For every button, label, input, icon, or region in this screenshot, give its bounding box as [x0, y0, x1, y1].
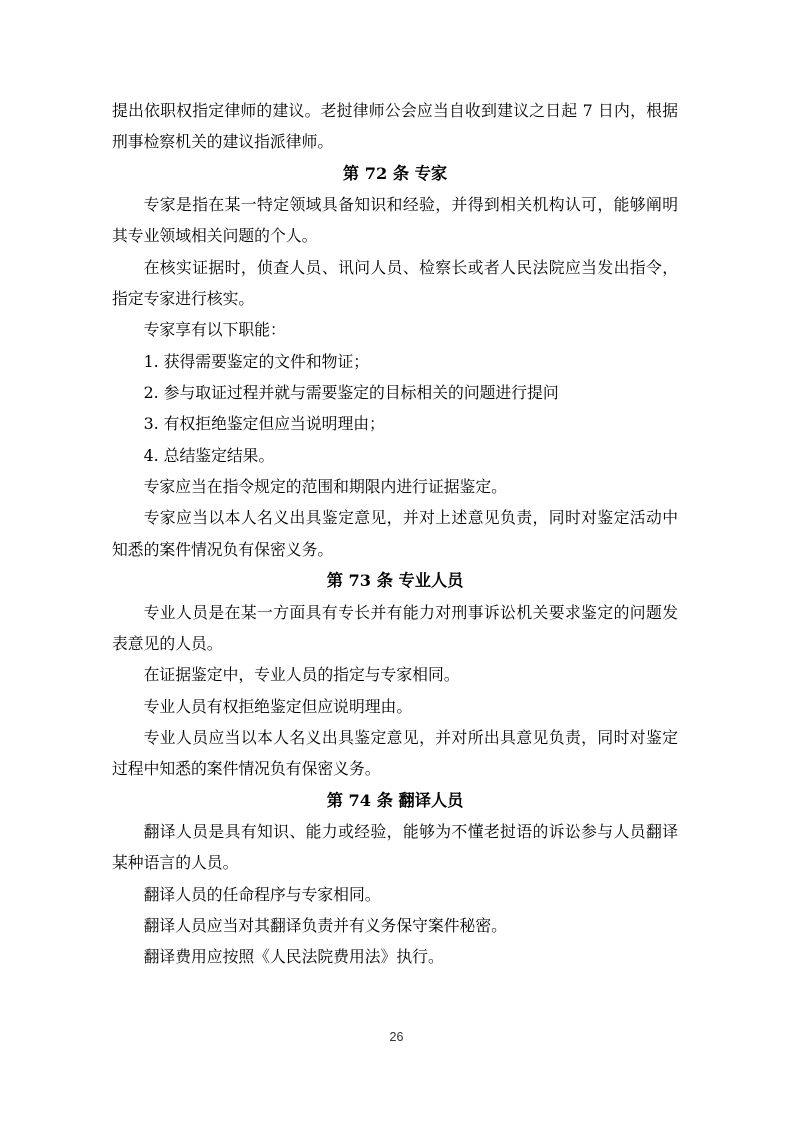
paragraph: 翻译人员应当对其翻译负责并有义务保守案件秘密。: [112, 910, 678, 941]
paragraph: 专家享有以下职能：: [112, 314, 678, 345]
list-item: 4. 总结鉴定结果。: [112, 440, 678, 471]
page-number: 26: [390, 1030, 404, 1044]
paragraph: 专业人员有权拒绝鉴定但应说明理由。: [112, 691, 678, 722]
paragraph: 专家是指在某一特定领域具备知识和经验，并得到相关机构认可，能够阐明其专业领域相关…: [112, 189, 678, 252]
paragraph: 在证据鉴定中，专业人员的指定与专家相同。: [112, 659, 678, 690]
paragraph: 翻译人员的任命程序与专家相同。: [112, 879, 678, 910]
paragraph: 专业人员是在某一方面具有专长并有能力对刑事诉讼机关要求鉴定的问题发表意见的人员。: [112, 597, 678, 660]
page-footer: 26: [0, 1026, 793, 1045]
document-page: 提出依职权指定律师的建议。老挝律师公会应当自收到建议之日起 7 日内，根据刑事检…: [0, 0, 793, 1122]
document-body: 提出依职权指定律师的建议。老挝律师公会应当自收到建议之日起 7 日内，根据刑事检…: [112, 95, 678, 973]
paragraph: 专家应当以本人名义出具鉴定意见，并对上述意见负责，同时对鉴定活动中知悉的案件情况…: [112, 502, 678, 565]
list-item: 2. 参与取证过程并就与需要鉴定的目标相关的问题进行提问: [112, 377, 678, 408]
paragraph: 专家应当在指令规定的范围和期限内进行证据鉴定。: [112, 471, 678, 502]
paragraph: 翻译费用应按照《人民法院费用法》执行。: [112, 941, 678, 972]
list-item: 3. 有权拒绝鉴定但应当说明理由；: [112, 408, 678, 439]
paragraph: 专业人员应当以本人名义出具鉴定意见，并对所出具意见负责，同时对鉴定过程中知悉的案…: [112, 722, 678, 785]
article-heading: 第 72 条 专家: [112, 158, 678, 189]
list-item: 1. 获得需要鉴定的文件和物证；: [112, 346, 678, 377]
article-heading: 第 74 条 翻译人员: [112, 785, 678, 816]
paragraph: 在核实证据时，侦查人员、讯问人员、检察长或者人民法院应当发出指令，指定专家进行核…: [112, 252, 678, 315]
article-heading: 第 73 条 专业人员: [112, 565, 678, 596]
paragraph: 翻译人员是具有知识、能力或经验，能够为不懂老挝语的诉讼参与人员翻译某种语言的人员…: [112, 816, 678, 879]
paragraph-continuation: 提出依职权指定律师的建议。老挝律师公会应当自收到建议之日起 7 日内，根据刑事检…: [112, 95, 678, 158]
